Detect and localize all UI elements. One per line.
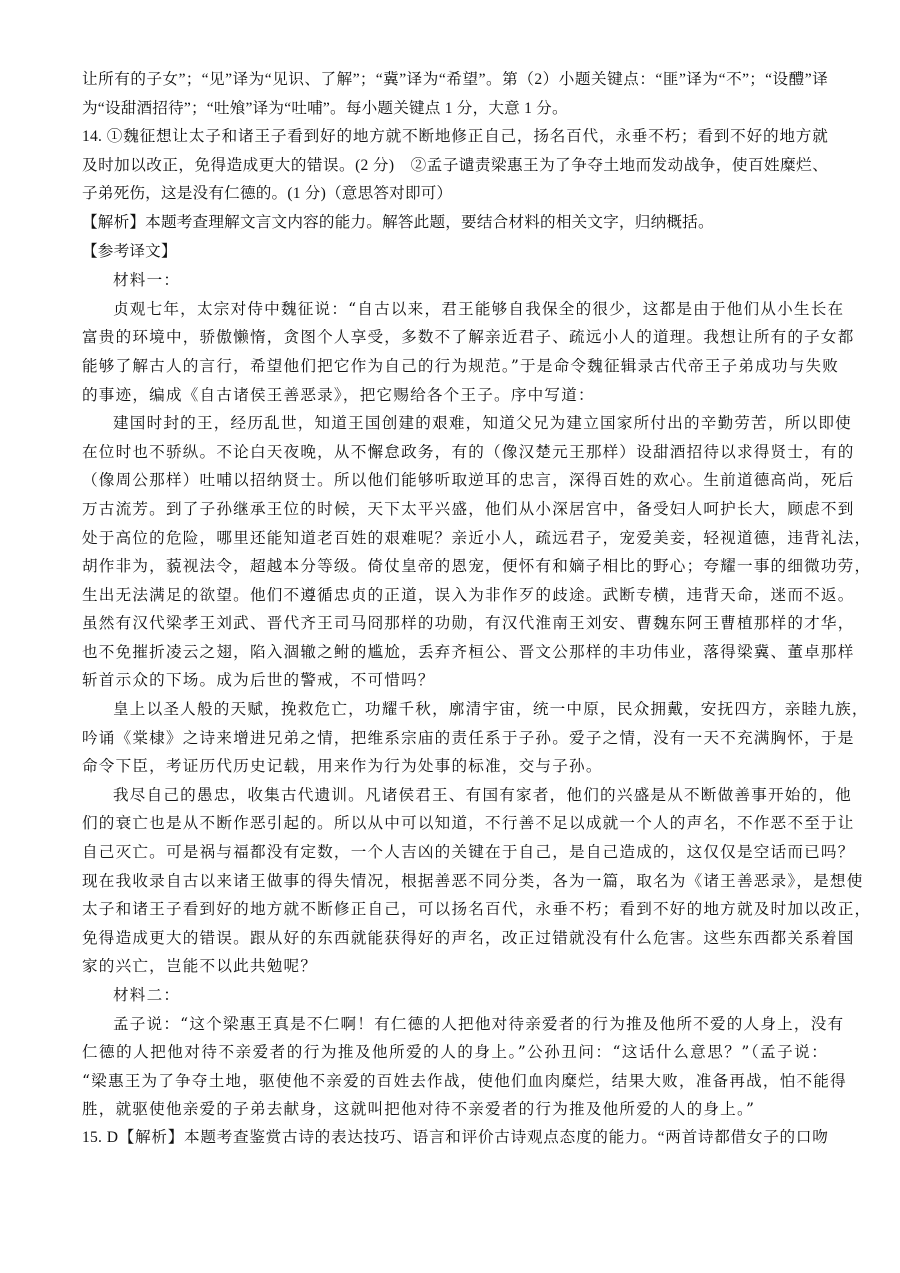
document-page: 让所有的子女”；“见”译为“见识、了解”；“冀”译为“希望”。第（2）小题关键点… <box>82 66 828 1153</box>
material-one: 材料一： 贞观七年，太宗对侍中魏征说：“自古以来，君王能够自我保全的很少，这都是… <box>82 266 828 981</box>
reference-translation-heading: 【参考译文】 <box>82 238 828 267</box>
text-line: 斩首示众的下场。成为后世的警戒，不可惜吗？ <box>82 666 828 695</box>
text-line: 胜，就驱使他亲爱的子弟去献身，这就叫把他对待不亲爱者的行为推及他所爱的人的身上。… <box>82 1095 828 1124</box>
text-line: 们的衰亡也是从不断作恶引起的。所以从中可以知道，不行善不足以成就一个人的声名，不… <box>82 809 828 838</box>
text-line: 免得造成更大的错误。跟从好的东西就能获得好的声名，改正过错就没有什么危害。这些东… <box>82 924 828 953</box>
text-line: 为“设甜酒招待”；“吐飧”译为“吐哺”。每小题关键点 1 分，大意 1 分。 <box>82 95 828 124</box>
text-line: 现在我收录自古以来诸王做事的得失情况，根据善恶不同分类，各为一篇，取名为《诸王善… <box>82 867 828 896</box>
text-line: 处于高位的危险，哪里还能知道老百姓的艰难呢？亲近小人，疏远君子，宠爱美妾，轻视道… <box>82 524 828 553</box>
text-line: 14. ①魏征想让太子和诸王子看到好的地方就不断地修正自己，扬名百代，永垂不朽；… <box>82 123 828 152</box>
paragraph: 皇上以圣人般的天赋，挽救危亡，功耀千秋，廓清宇宙，统一中原，民众拥戴，安抚四方，… <box>82 695 828 781</box>
paragraph: 贞观七年，太宗对侍中魏征说：“自古以来，君王能够自我保全的很少，这都是由于他们从… <box>82 295 828 409</box>
text-line: 胡作非为，藐视法令，超越本分等级。倚仗皇帝的恩宠，便怀有和嫡子相比的野心；夸耀一… <box>82 552 828 581</box>
text-line: 生出无法满足的欲望。他们不遵循忠贞的正道，误入为非作歹的歧途。武断专横，违背天命… <box>82 581 828 610</box>
material-one-label: 材料一： <box>113 266 828 295</box>
text-line: 贞观七年，太宗对侍中魏征说：“自古以来，君王能够自我保全的很少，这都是由于他们从… <box>113 295 828 324</box>
material-two-label: 材料二： <box>113 981 828 1010</box>
text-line: 让所有的子女”；“见”译为“见识、了解”；“冀”译为“希望”。第（2）小题关键点… <box>82 66 828 95</box>
text-line: 孟子说：“这个梁惠王真是不仁啊！有仁德的人把他对待亲爱者的行为推及他所不爱的人身… <box>113 1010 828 1039</box>
text-line: （像周公那样）吐哺以招纳贤士。所以他们能够听取逆耳的忠言，深得百姓的欢心。生前道… <box>82 466 828 495</box>
text-line: 的事迹，编成《自古诸侯王善恶录》，把它赐给各个王子。序中写道： <box>82 381 828 410</box>
q14-analysis: 【解析】本题考查理解文言文内容的能力。解答此题，要结合材料的相关文字，归纳概括。 <box>82 209 828 238</box>
text-line: 家的兴亡，岂能不以此共勉呢？ <box>82 952 828 981</box>
paragraph: 建国时封的王，经历乱世，知道王国创建的艰难，知道父兄为建立国家所付出的辛勤劳苦，… <box>82 409 828 695</box>
text-line: 富贵的环境中，骄傲懒惰，贪图个人享受，多数不了解亲近君子、疏远小人的道理。我想让… <box>82 323 828 352</box>
text-line: 能够了解古人的言行，希望他们把它作为自己的行为规范。”于是命令魏征辑录古代帝王子… <box>82 352 828 381</box>
text-line: 虽然有汉代梁孝王刘武、晋代齐王司马冏那样的功勋，有汉代淮南王刘安、曹魏东阿王曹植… <box>82 609 828 638</box>
q14-answer: 14. ①魏征想让太子和诸王子看到好的地方就不断地修正自己，扬名百代，永垂不朽；… <box>82 123 828 237</box>
q15-answer: 15. D【解析】本题考查鉴赏古诗的表达技巧、语言和评价古诗观点态度的能力。“两… <box>82 1124 828 1153</box>
text-line: 万古流芳。到了子孙继承王位的时候，天下太平兴盛，他们从小深居宫中，备受妇人呵护长… <box>82 495 828 524</box>
text-line: 15. D【解析】本题考查鉴赏古诗的表达技巧、语言和评价古诗观点态度的能力。“两… <box>82 1124 828 1153</box>
text-line: 仁德的人把他对待不亲爱者的行为推及他所爱的人的身上。”公孙丑问：“这话什么意思？… <box>82 1038 828 1067</box>
q13-answer-continuation: 让所有的子女”；“见”译为“见识、了解”；“冀”译为“希望”。第（2）小题关键点… <box>82 66 828 123</box>
paragraph: 我尽自己的愚忠，收集古代遗训。凡诸侯君王、有国有家者，他们的兴盛是从不断做善事开… <box>82 781 828 981</box>
text-line: 建国时封的王，经历乱世，知道王国创建的艰难，知道父兄为建立国家所付出的辛勤劳苦，… <box>113 409 828 438</box>
text-line: 子弟死伤，这是没有仁德的。(1 分)（意思答对即可） <box>82 180 828 209</box>
text-line: 太子和诸王子看到好的地方就不断修正自己，可以扬名百代，永垂不朽；看到不好的地方就… <box>82 895 828 924</box>
text-line: 皇上以圣人般的天赋，挽救危亡，功耀千秋，廓清宇宙，统一中原，民众拥戴，安抚四方，… <box>113 695 828 724</box>
text-line: 吟诵《棠棣》之诗来增进兄弟之情，把维系宗庙的责任系于子孙。爱子之情，没有一天不充… <box>82 724 828 753</box>
text-line: 我尽自己的愚忠，收集古代遗训。凡诸侯君王、有国有家者，他们的兴盛是从不断做善事开… <box>113 781 828 810</box>
paragraph: 孟子说：“这个梁惠王真是不仁啊！有仁德的人把他对待亲爱者的行为推及他所不爱的人身… <box>82 1010 828 1124</box>
material-two: 材料二： 孟子说：“这个梁惠王真是不仁啊！有仁德的人把他对待亲爱者的行为推及他所… <box>82 981 828 1124</box>
text-line: 及时加以改正，免得造成更大的错误。(2 分) ②孟子谴责梁惠王为了争夺土地而发动… <box>82 152 828 181</box>
text-line: “梁惠王为了争夺土地，驱使他不亲爱的百姓去作战，使他们血肉糜烂，结果大败，准备再… <box>82 1067 828 1096</box>
text-line: 在位时也不骄纵。不论白天夜晚，从不懈怠政务，有的（像汉楚元王那样）设甜酒招待以求… <box>82 438 828 467</box>
text-line: 自己灭亡。可是祸与福都没有定数，一个人吉凶的关键在于自己，是自己造成的，这仅仅是… <box>82 838 828 867</box>
text-line: 命令下臣，考证历代历史记载，用来作为行为处事的标准，交与子孙。 <box>82 752 828 781</box>
text-line: 也不免摧折凌云之翅，陷入涸辙之鲋的尴尬，丢弃齐桓公、晋文公那样的丰功伟业，落得梁… <box>82 638 828 667</box>
